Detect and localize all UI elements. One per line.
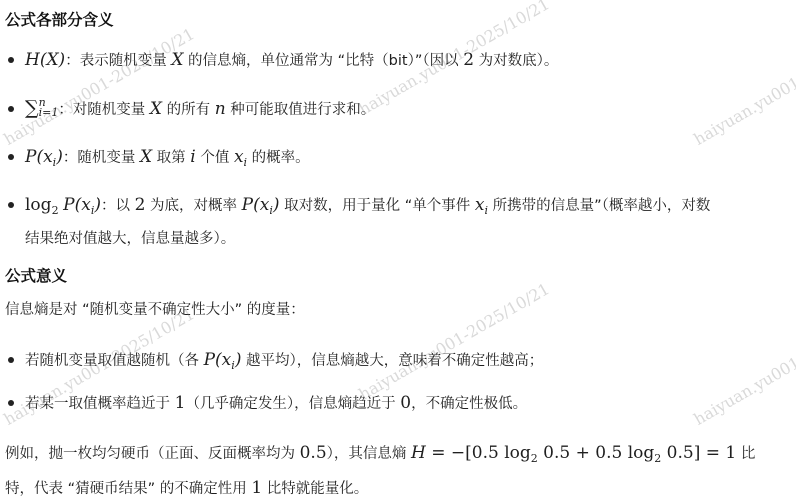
item-text: 种可能取值进行求和。: [226, 102, 376, 118]
math-subscript: 2: [52, 204, 59, 217]
item-text: ，不确定性极低。: [411, 396, 527, 412]
watermark: haiyuan.yu001: [691, 73, 796, 149]
math-p-xi: P(xi): [25, 147, 63, 167]
item-text: 的所有: [162, 102, 215, 118]
example-text: 特，代表 “猜硬币结果” 的不确定性用: [5, 481, 251, 497]
math-xi: xi: [234, 147, 247, 167]
item-text: 越平均），信息熵越大，意味着不确定性越高；: [241, 353, 543, 369]
example-text: 比: [736, 446, 755, 462]
math-p-xi: P(xi): [204, 350, 242, 370]
math-base: P(x: [204, 350, 232, 370]
watermark: haiyuan.yu001-2025/10/21: [1, 24, 198, 149]
item-text: 取对数，用于量化 “单个事件: [280, 198, 475, 214]
math-half: 0.5: [300, 443, 327, 463]
item-text: （几乎确定发生），信息熵趋近于: [185, 396, 400, 412]
math-hx: H(X): [25, 50, 65, 70]
list-item-logarithm-continuation: 结果绝对值越大，信息量越多）。: [25, 229, 235, 249]
math-xi: xi: [475, 195, 488, 215]
math-n: n: [215, 99, 226, 119]
item-text: 的信息熵，单位通常为 “比特（bit）”（因以: [183, 53, 463, 69]
list-item-high-entropy: 若随机变量取值越随机（各 P(xi) 越平均），信息熵越大，意味着不确定性越高；: [8, 350, 543, 371]
list-item-probability: P(xi)：随机变量 X 取第 i 个值 xi 的概率。: [8, 147, 310, 168]
bullet-icon: [8, 202, 14, 208]
formula-part: 0.5] = 1: [661, 443, 736, 463]
item-text: ：以: [101, 198, 135, 214]
math-one: 1: [251, 478, 262, 498]
math-p-xi: P(xi): [63, 195, 101, 215]
list-item-entropy-definition: H(X)：表示随机变量 X 的信息熵，单位通常为 “比特（bit）”（因以 2 …: [8, 50, 558, 71]
math-h: H: [411, 443, 426, 463]
math-two: 2: [463, 50, 474, 70]
intro-paragraph: 信息熵是对 “随机变量不确定性大小” 的度量：: [5, 300, 305, 320]
list-item-low-entropy: 若某一取值概率趋近于 1（几乎确定发生），信息熵趋近于 0，不确定性极低。: [8, 393, 527, 414]
math-base: P(x: [63, 195, 91, 215]
item-text: 个值: [196, 150, 234, 166]
math-base: P(x: [242, 195, 270, 215]
math-zero: 0: [400, 393, 411, 413]
sum-limits: ni=1: [39, 98, 59, 118]
bullet-icon: [8, 57, 14, 63]
item-text: ：随机变量: [63, 150, 140, 166]
bullet-icon: [8, 106, 14, 112]
bullet-icon: [8, 400, 14, 406]
math-log2: log2: [25, 195, 59, 215]
sum-lower-limit: i=1: [39, 108, 59, 118]
coin-entropy-formula: = −[0.5 log2 0.5 + 0.5 log2 0.5] = 1: [426, 443, 736, 463]
example-text: 例如，抛一枚均匀硬币（正面、反面概率均为: [5, 446, 300, 462]
formula-part: 0.5 + 0.5 log: [538, 443, 655, 463]
example-text: ），其信息熵: [327, 446, 411, 462]
bullet-icon: [8, 154, 14, 160]
example-paragraph-line1: 例如，抛一枚均匀硬币（正面、反面概率均为 0.5），其信息熵 H = −[0.5…: [5, 443, 755, 464]
section-heading-formula-parts: 公式各部分含义: [5, 8, 114, 30]
math-one: 1: [175, 393, 186, 413]
item-text: 若随机变量取值越随机（各: [25, 353, 204, 369]
example-paragraph-line2: 特，代表 “猜硬币结果” 的不确定性用 1 比特就能量化。: [5, 478, 368, 499]
math-base: x: [234, 147, 244, 167]
list-item-logarithm: log2 P(xi)：以 2 为底，对概率 P(xi) 取对数，用于量化 “单个…: [8, 195, 710, 216]
bullet-icon: [8, 357, 14, 363]
math-log: log: [25, 195, 52, 215]
watermark: haiyuan.yu001-2025/10/21: [356, 279, 553, 404]
watermark: haiyuan.yu001: [691, 353, 796, 429]
math-x: X: [171, 50, 183, 70]
math-x: X: [140, 147, 152, 167]
item-text: 所携带的信息量”（概率越小，对数: [488, 198, 710, 214]
math-x: X: [150, 99, 162, 119]
list-item-summation: ∑ni=1：对随机变量 X 的所有 n 种可能取值进行求和。: [8, 98, 375, 120]
formula-part: = −[0.5 log: [426, 443, 531, 463]
example-text: 比特就能量化。: [262, 481, 368, 497]
document-page: 公式各部分含义 H(X)：表示随机变量 X 的信息熵，单位通常为 “比特（bit…: [0, 0, 796, 504]
math-two: 2: [135, 195, 146, 215]
item-text: 为对数底）。: [474, 53, 558, 69]
item-text: 的概率。: [247, 150, 310, 166]
item-text: ：对随机变量: [58, 102, 150, 118]
math-p-xi: P(xi): [242, 195, 280, 215]
math-base: P(x: [25, 147, 53, 167]
item-text: 取第: [152, 150, 190, 166]
section-heading-formula-meaning: 公式意义: [5, 264, 67, 286]
math-base: x: [475, 195, 485, 215]
sum-symbol: ∑: [25, 97, 39, 119]
math-subscript: 2: [531, 452, 538, 465]
math-close: ): [56, 147, 63, 167]
math-close: ): [273, 195, 280, 215]
item-text: 若某一取值概率趋近于: [25, 396, 175, 412]
item-text: 为底，对概率: [145, 198, 241, 214]
item-text: ：表示随机变量: [65, 53, 171, 69]
